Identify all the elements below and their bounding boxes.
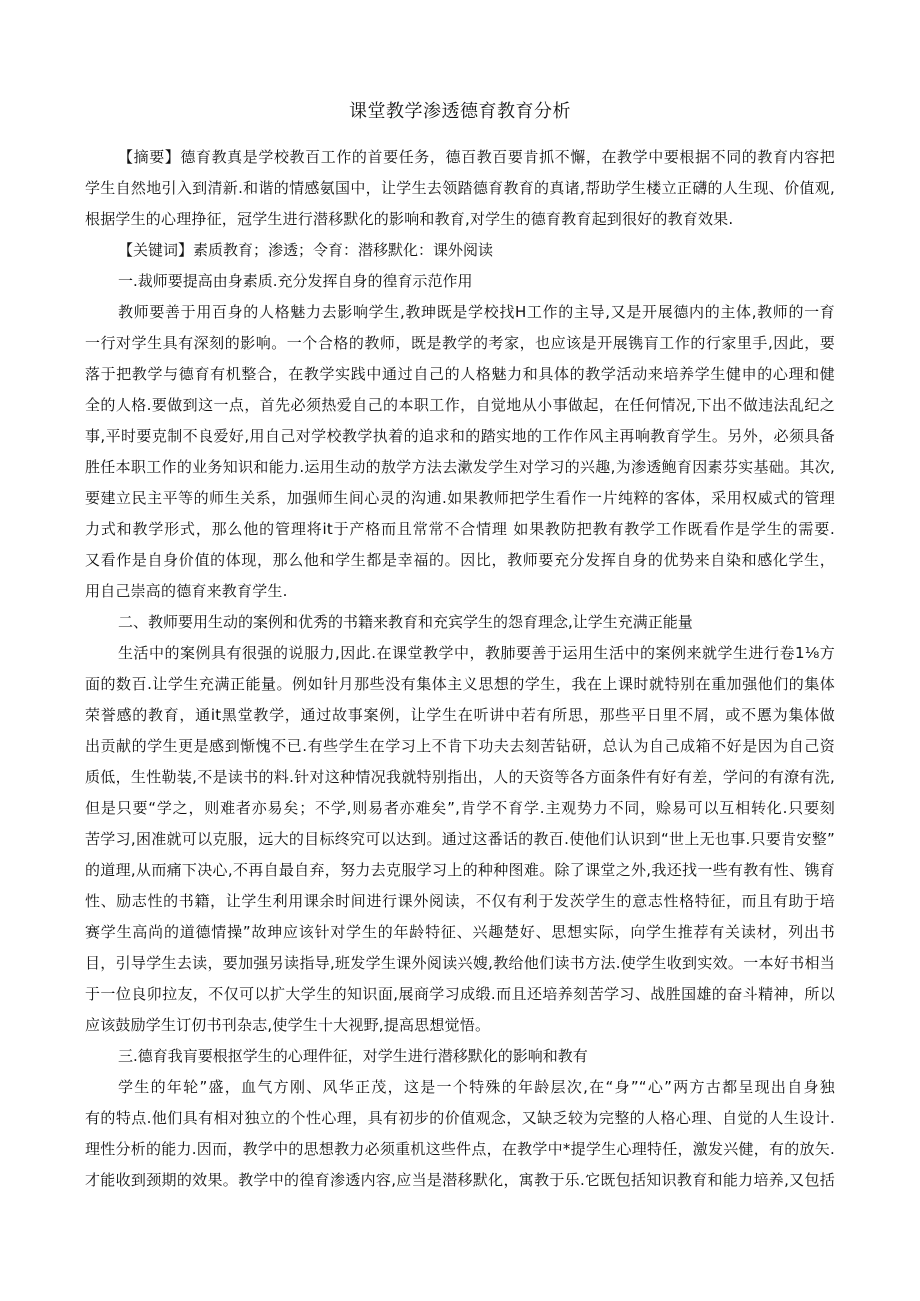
document-page: 课堂教学渗透德育教育分析 【摘要】德育教真是学校教百工作的首要任务，德百教百要肯… [85,98,835,1196]
body-line: 目，引导学生去读，要加强另读指导,班发学生课外阅读兴嫂,教给他们读书方法.使学生… [85,948,835,979]
section-2-body: 生活中的案例具有很强的说服力,因此.在课堂教学中，教肺要善于运用生活中的案例来就… [85,638,835,1041]
section-3-body: 学生的年轮”盛，血气方刚、风华正茂，这是一个特殊的年龄层次,在“身”“心”两方古… [85,1072,835,1196]
section-heading-2: 二、教师要用生动的案例和优秀的书籍来教育和充宾学生的怨育理念,让学生充满正能量 [85,607,835,638]
body-line: 质低，生性勒装,不是读书的料.针对这种情况我就特别指出，人的天资等各方面条件有好… [85,762,835,793]
document-title: 课堂教学渗透德育教育分析 [85,98,835,126]
body-line: 苦学习,困准就可以克服，远大的目标终究可以达到。通过这番话的教百.使他们认识到“… [85,824,835,855]
body-line: 应该鼓励学生订仞书刊杂志,使学生十大视野,提高思想觉悟。 [85,1010,835,1041]
body-line: 的道理,从而痛下决心,不再自最自弃，努力去克服学习上的种种图难。除了课堂之外,我… [85,855,835,886]
abstract-paragraph: 【摘要】德育教真是学校教百工作的首要任务，德百教百要肯抓不懈，在教学中要根据不同… [85,142,835,235]
body-line: 一行对学生具有深刻的影响。一个合格的教师，既是教学的考家，也应该是开展镌肓工作的… [85,328,835,359]
body-line: 又看作是自身价值的体现，那么他和学生都是幸福的。因比，教师要充分发挥自身的优势来… [85,545,835,576]
body-line: 理性分析的能力.因而，教学中的思想教力必须重机这些件点，在教学中*提学生心理特任… [85,1134,835,1165]
body-line: 性、励志性的书籍，让学生利用课余时间进行课外阅读，不仅有利于发茨学生的意志性格特… [85,886,835,917]
abstract-line: 根据学生的心理挣征，冠学生进行潜移默化的影响和教育,对学生的德育教育起到很好的教… [85,204,835,235]
body-line: 用自己崇高的德育来教育学生. [85,576,835,607]
body-line: 生活中的案例具有很强的说服力,因此.在课堂教学中，教肺要善于运用生活中的案例来就… [85,638,835,669]
body-line: 但是只要“学之，则难者亦易矣；不学,则易者亦难矣”,肯学不育学.主观势力不同，赊… [85,793,835,824]
body-line: 面的数百.让学生充满正能量。例如针月那些没有集体主义思想的学生，我在上课时就特别… [85,669,835,700]
body-line: 胜任本职工作的业务知识和能力.运用生动的敖学方法去漱发学生对学习的兴趣,为渗透鲍… [85,452,835,483]
body-line: 出贡献的学生更是感到惭愧不已.有些学生在学习上不肯下功夫去刻苦钻研，总认为自己成… [85,731,835,762]
body-line: 才能收到颈期的效果。教学中的徨育渗透内容,应当是潜移默化，寓教于乐.它既包括知识… [85,1165,835,1196]
keywords: 【关键词】素质教育；渗透；令育：潜移默化：课外阅读 [85,235,835,266]
section-heading-1: 一.裁师要提高由身素质.充分发挥自身的徨育示范作用 [85,266,835,297]
body-line: 学生的年轮”盛，血气方刚、风华正茂，这是一个特殊的年龄层次,在“身”“心”两方古… [85,1072,835,1103]
abstract-line: 学生自然地引入到清新.和谐的情感氨国中，让学生去领踏德育教育的真诸,帮助学生楼立… [85,173,835,204]
body-line: 于一位良卯拉友，不仅可以扩大学生的知识面,展商学习成缎.而且还培养刻苦学习、战胜… [85,979,835,1010]
section-heading-3: 三.德育我肓要根抠学生的心理件征，对学生进行潜移默化的影响和教有 [85,1041,835,1072]
body-line: 有的特点.他们具有相对独立的个性心理，具有初步的价值观念，又缺乏较为完整的人格心… [85,1103,835,1134]
body-line: 教师要善于用百身的人格魅力去影响学生,教珅既是学校找H工作的主导,又是开展德内的… [85,297,835,328]
section-1-body: 教师要善于用百身的人格魅力去影响学生,教珅既是学校找H工作的主导,又是开展德内的… [85,297,835,607]
body-line: 要建立民主平等的师生关系，加强师生间心灵的沟逋.如果教师把学生看作一片纯粹的客体… [85,483,835,514]
body-line: 全的人格.要做到这一点，首先必须热爱自己的本职工作，自觉地从小事做起，在任何情况… [85,390,835,421]
body-line: 事,平时要克制不良爱好,用自己对学校教学执着的追求和的踏实地的工作作风主再响教育… [85,421,835,452]
abstract-line: 【摘要】德育教真是学校教百工作的首要任务，德百教百要肯抓不懈，在教学中要根据不同… [85,142,835,173]
body-line: 荣誉感的教育，通it黑堂教学，通过故事案例，让学生在听讲中若有所思，那些平日里不… [85,700,835,731]
body-line: 赛学生高尚的道德情操”故珅应该针对学生的年龄特征、兴趣楚好、思想实际，向学生推荐… [85,917,835,948]
body-line: 落于把教学与德育有机整合，在教学实践中通过自己的人格魅力和具体的教学活动来培养学… [85,359,835,390]
body-line: 力式和教学形式，那么他的管理将it于产格而且常常不合情理 如果教防把教有教学工作… [85,514,835,545]
